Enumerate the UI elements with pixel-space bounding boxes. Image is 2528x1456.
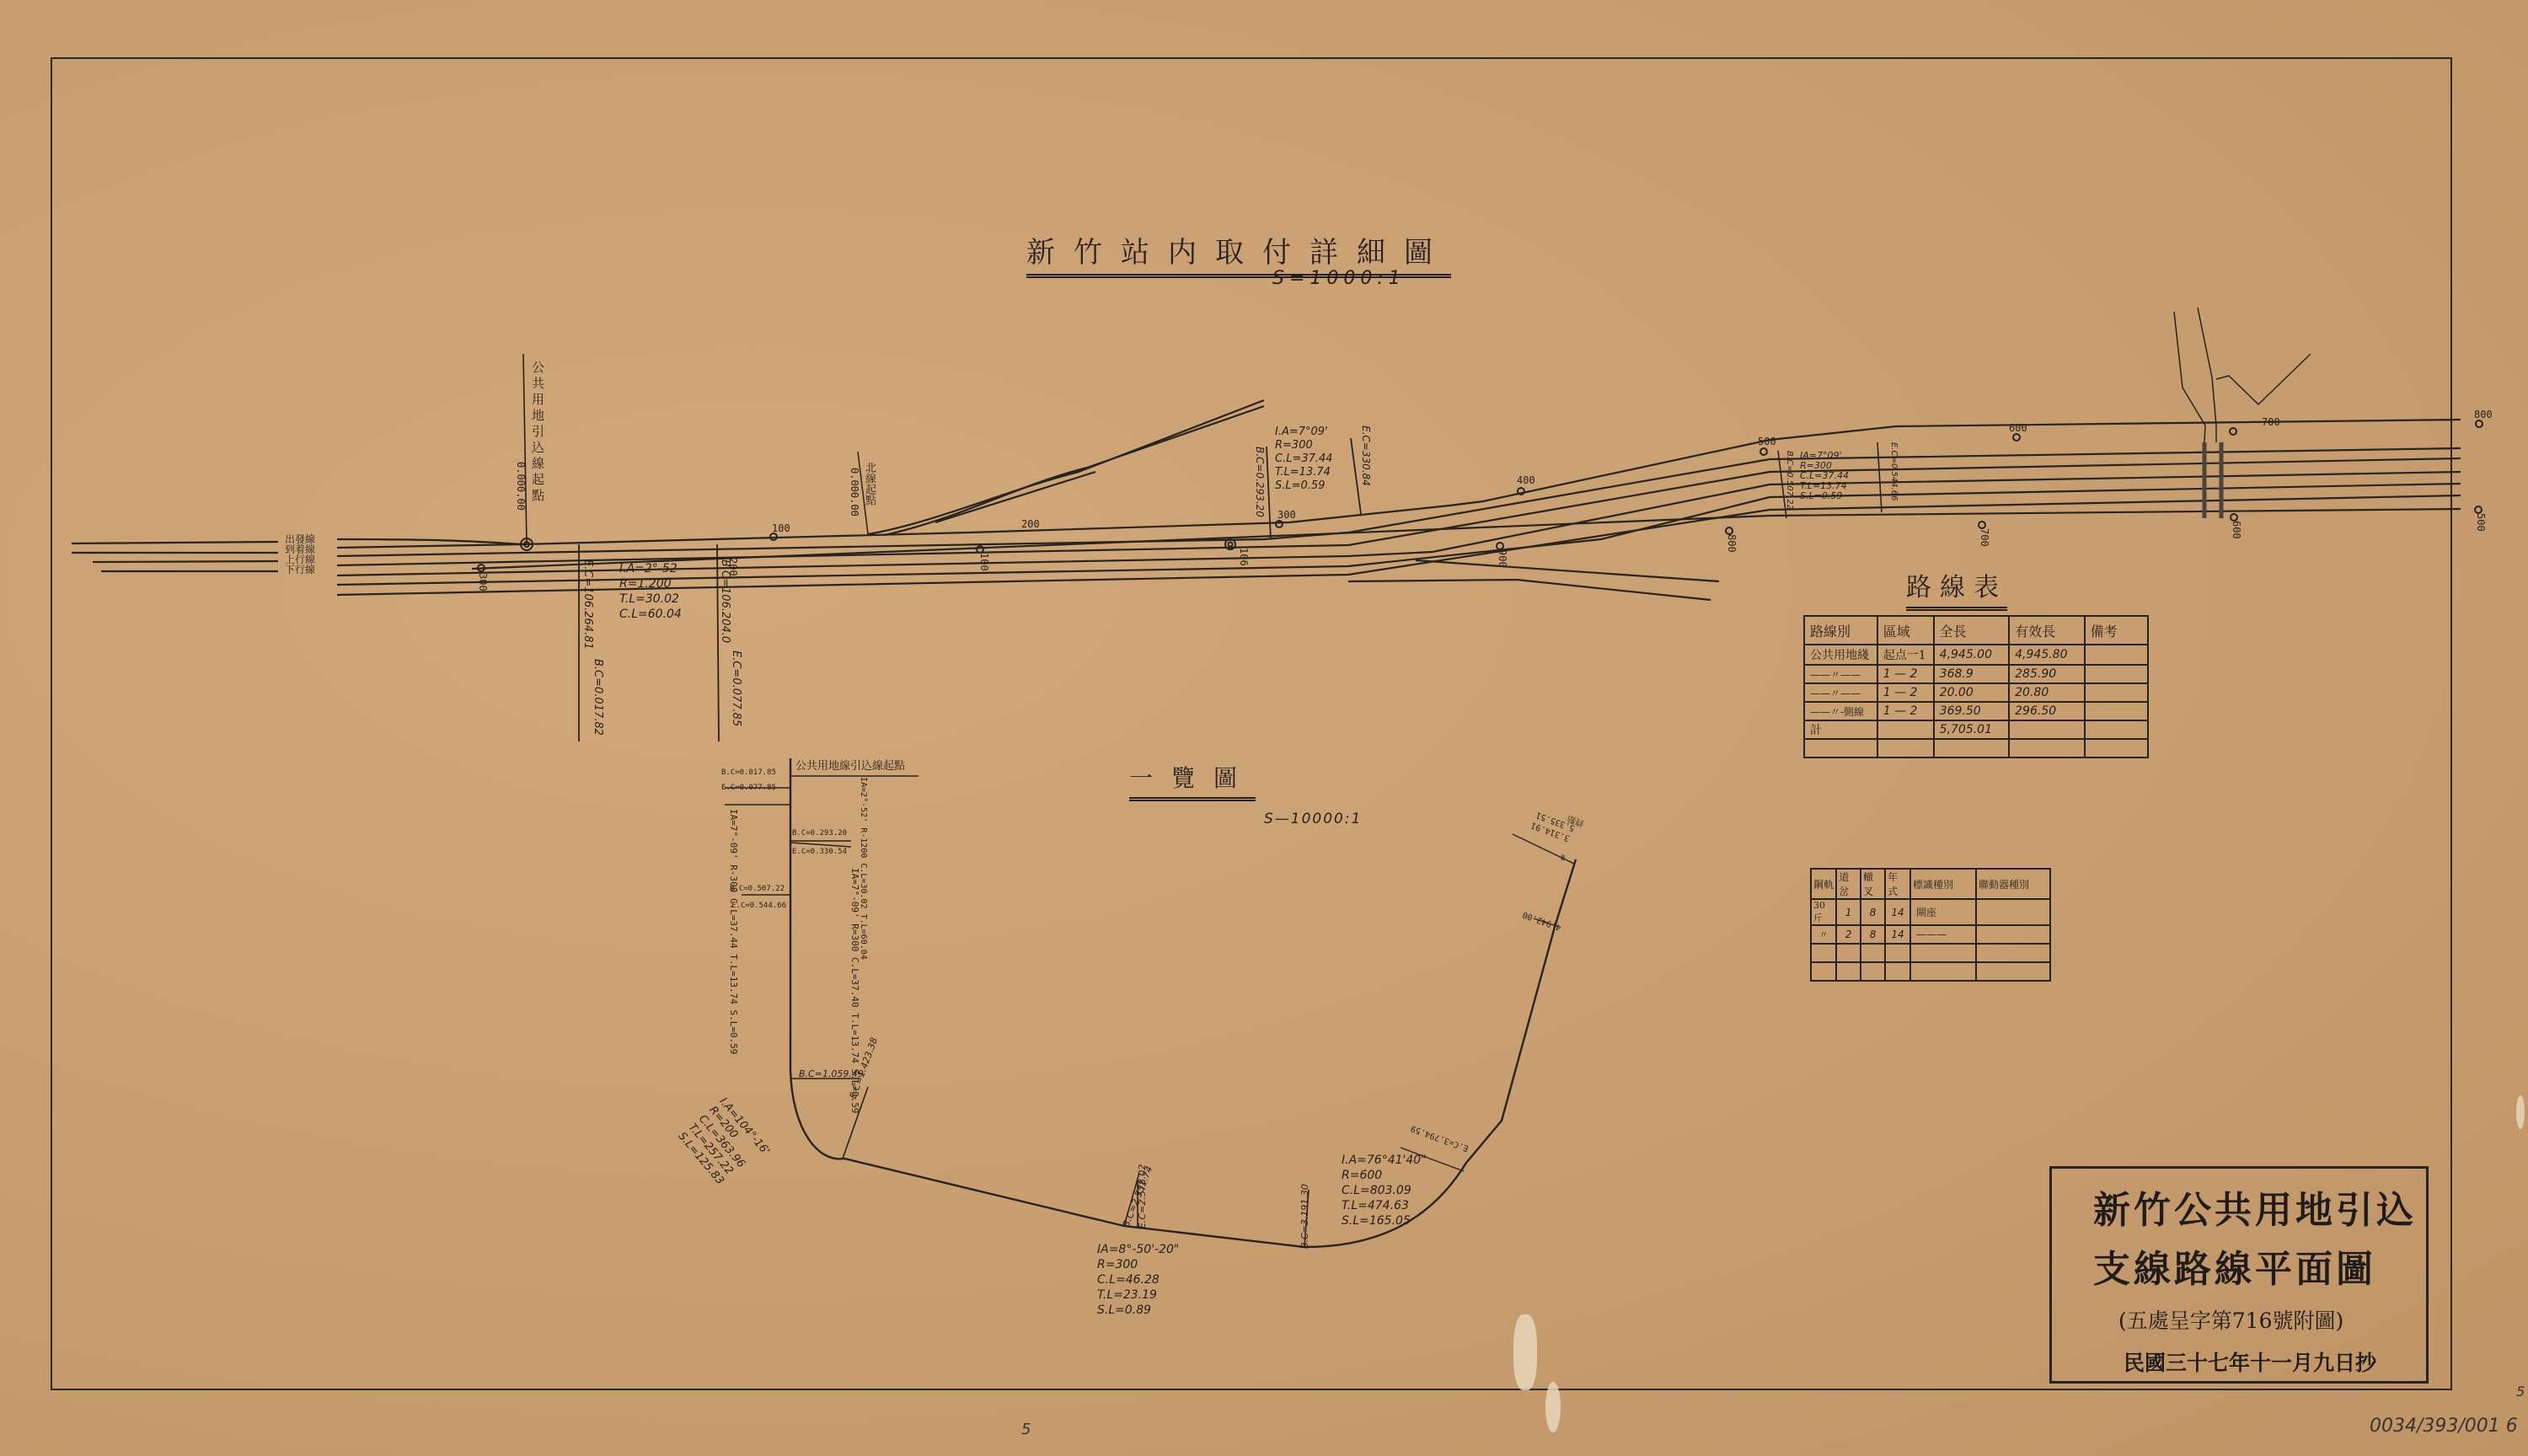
cell [2085,739,2148,757]
chainage-lower-900: 900 [1496,549,1508,568]
cell: 起点一1 [1877,645,1934,665]
curve-2-ia: I.A=7°09' [1275,426,1333,439]
cell [1877,720,1934,739]
cell: 5,705.01 [1934,720,2009,739]
cell: 20.00 [1934,683,2009,702]
header-interlock-type: 聯動器種別 [1976,869,2050,899]
cell [1976,944,2050,962]
curve-e-tl: T.L=23.19 [1097,1287,1179,1303]
title-reference: (五處呈字第716號附圖) [2118,1304,2343,1335]
overview-bc-top: B.C=0.017.85 [721,767,776,779]
table-row: 〃 2 8 14 ——— [1811,925,2050,944]
table-row: 30斤 1 8 14 閘座 [1811,899,2050,925]
overview-stop-marker: 8 [1561,853,1565,865]
curve-f-sl: S.L=165.05 [1342,1213,1427,1228]
curve-2-r: R=300 [1275,439,1333,452]
cell [1934,739,2009,757]
chainage-lower-600: 600 [2230,521,2242,539]
curve-2-sl: S.L=0.59 [1275,479,1333,493]
chainage-100: 100 [772,522,790,535]
margin-mark: 5 [1021,1421,1031,1438]
curve-1-cl: C.L=60.04 [619,607,682,622]
curve-2-bc: B.C=0.293.20 [1251,447,1269,517]
chainage-lower-700: 700 [1978,528,1990,547]
overview-scale: S—10000:1 [1264,811,1362,827]
curve-b-tl: T.L=13.74 [728,954,739,1004]
route-table-header: 路線別 區域 全長 有效長 備考 [1804,616,2148,645]
cell: ——〃—— [1804,683,1877,702]
header-effective-length: 有效長 [2009,616,2084,645]
header-section: 區域 [1877,616,1934,645]
curve-f-r: R=600 [1342,1168,1427,1183]
overview-curve-e: IA=8°-50'-20" R=300 C.L=46.28 T.L=23.19 … [1097,1242,1179,1318]
curve-e-ia: IA=8°-50'-20" [1097,1242,1179,1257]
cell: 4,945.80 [2009,645,2084,665]
cell: 1 — 2 [1877,665,1934,683]
curve-2-tl: T.L=13.74 [1275,466,1333,479]
curve-a-r: R-1200 [859,827,868,858]
chainage-800: 800 [2474,409,2493,421]
cell [1811,944,1836,962]
title-date: 民國三十七年十一月九日抄 [2124,1346,2376,1377]
curve-1-ec: E.C=106.264.81 [578,559,597,650]
curve-3-data: IA=7°09' R=300 C.L=37.44 T.L=13.74 S.L=0… [1800,451,1849,501]
curve-1-r: R=1.200 [619,576,682,591]
cell: 〃 [1811,925,1836,944]
overview-curve-f: I.A=76°41'40" R=600 C.L=803.09 T.L=474.6… [1342,1153,1427,1228]
cell: 14 [1885,899,1910,925]
start-point-label: 公共用地引込線起點 [529,361,547,505]
curve-c-r: R=300 [849,923,860,951]
cell [1910,962,1976,981]
curve-e-r: R=300 [1097,1257,1179,1272]
margin-mark: 5 [2516,1384,2525,1400]
table-row [1811,962,2050,981]
header-rail: 鋼軌 [1811,869,1836,899]
curve-f-tl: T.L=474.63 [1342,1198,1427,1213]
switch-table: 鋼軌 道岔 轍叉 年式 標識種別 聯動器種別 30斤 1 8 14 閘座 〃 2… [1810,868,2051,982]
curve-1-ia: I.A=2°-52 [619,561,682,576]
curve-1-bc-lower: B.C=0.017.82 [588,659,607,736]
cell [2085,645,2148,665]
header-remarks: 備考 [2085,616,2148,645]
cell: 14 [1885,925,1910,944]
cell: ——〃-側線 [1804,702,1877,720]
chainage-400: 400 [1517,474,1535,487]
detail-view-scale: S=1000:1 [1272,268,1406,289]
curve-3-bc: B.C=0.507.22 [1780,451,1798,510]
cell: 1 — 2 [1877,683,1934,702]
cell: 公共用地綫 [1804,645,1877,665]
curve-3-ec: E.C=0.544.66 [1884,442,1903,500]
cell [2085,683,2148,702]
chainage-300: 300 [1277,509,1296,522]
cell [2009,720,2084,739]
table-row: 公共用地綫 起点一1 4,945.00 4,945.80 [1804,645,2148,665]
curve-b-sl: S.L=0.59 [728,1009,739,1054]
table-row: 計 5,705.01 [1804,720,2148,739]
cell: ——〃—— [1804,665,1877,683]
archive-number: 0034/393/001 6 [2370,1416,2518,1437]
curve-f-ia: I.A=76°41'40" [1342,1153,1427,1168]
header-year-type: 年式 [1885,869,1910,899]
overview-ec-top: E.C=0.077.85 [721,782,776,795]
chainage-500: 500 [1758,436,1776,448]
curve-a-ia: IA=2°-52' [859,777,868,822]
chainage-lower-300: 300 [476,573,489,591]
cell [1877,739,1934,757]
legend-down-line: 下行線 [285,565,315,575]
header-route: 路線別 [1804,616,1877,645]
table-row [1804,739,2148,757]
start-point-chainage: 0.000.00 [514,462,527,511]
overview-ec-bottom-1: E.C=2.578.02 [1133,1164,1152,1228]
cell [1885,962,1910,981]
overview-bc-low: B.C=0.507.22 [730,883,785,896]
table-row [1811,944,2050,962]
cell: 閘座 [1910,899,1976,925]
curve-c-ia: IA=7°-09' [849,868,860,918]
curve-2-data: I.A=7°09' R=300 C.L=37.44 T.L=13.74 S.L=… [1275,426,1333,493]
header-sign-type: 標識種別 [1910,869,1976,899]
cell [1976,962,2050,981]
cell [1861,944,1885,962]
cell: 2 [1836,925,1861,944]
route-table: 路線別 區域 全長 有效長 備考 公共用地綫 起点一1 4,945.00 4,9… [1803,615,2149,758]
curve-e-cl: C.L=46.28 [1097,1272,1179,1287]
cell [1811,962,1836,981]
chainage-700: 700 [2262,416,2280,429]
cell [1885,944,1910,962]
overview-start-label: 公共用地線引込線起點 [795,757,905,773]
cell: ——— [1910,925,1976,944]
overview-curve-b: IA=7°-09' R-300 C.L=37.44 T.L=13.74 S.L=… [728,809,739,1054]
cell [1804,739,1877,757]
cell: 8 [1861,899,1885,925]
cell [2085,702,2148,720]
cell: 計 [1804,720,1877,739]
curve-3-sl: S.L=0.59 [1800,491,1849,501]
cell [2085,665,2148,683]
curve-1-data: I.A=2°-52 R=1.200 T.L=30.02 C.L=60.04 [619,561,682,622]
cell [2085,720,2148,739]
overview-bc-bottom-2: B.C=3.191.30 [1296,1184,1315,1249]
cell: 296.50 [2009,702,2084,720]
title-line-1: 新竹公共用地引込 [2093,1180,2417,1234]
cell: 4,945.00 [1934,645,2009,665]
curve-1-ec-lower: E.C=0.077.85 [726,650,745,726]
track-legend: 出發線 到着線 上行線 下行線 [285,534,315,575]
cell: 285.90 [2009,665,2084,683]
route-table-title: 路線表 [1906,566,2007,611]
curve-1-tl: T.L=30.02 [619,591,682,607]
cell [1976,925,2050,944]
cell [1910,944,1976,962]
cell: 30斤 [1811,899,1836,925]
cell [1836,944,1861,962]
table-row: ——〃—— 1 — 2 368.9 285.90 [1804,665,2148,683]
curve-c-cl: C.L=37.40 [849,957,860,1008]
curve-2-cl: C.L=37.44 [1275,452,1333,466]
table-row: ——〃—— 1 — 2 20.00 20.80 [1804,683,2148,702]
switch-table-header: 鋼軌 道岔 轍叉 年式 標識種別 聯動器種別 [1811,869,2050,899]
curve-f-cl: C.L=803.09 [1342,1183,1427,1198]
chainage-lower-500: 500 [2474,513,2487,532]
header-turnout: 道岔 [1836,869,1861,899]
title-line-2: 支線路線平面圖 [2093,1239,2376,1293]
chainage-600: 600 [2009,422,2027,435]
chainage-200: 200 [1021,518,1040,531]
cell: 1 [1836,899,1861,925]
chainage-lower-106: 106 [1237,548,1250,566]
cell [1861,962,1885,981]
cell [1976,899,2050,925]
cell: 368.9 [1934,665,2009,683]
chainage-lower-800: 800 [1725,534,1738,553]
chainage-lower-100: 100 [977,553,990,571]
cell: 20.80 [2009,683,2084,702]
table-row: ——〃-側線 1 — 2 369.50 296.50 [1804,702,2148,720]
overview-ec-low: E.C=0.544.66 [731,900,786,913]
north-line-start-label: 北線起點 [861,462,877,506]
header-total-length: 全長 [1934,616,2009,645]
overview-bc-mid: B.C=0.293.20 [792,827,847,840]
chainage-lower-200: 200 [726,558,739,576]
curve-e-sl: S.L=0.89 [1097,1303,1179,1318]
curve-b-ia: IA=7°-09' [728,809,739,859]
cell: 8 [1861,925,1885,944]
cell: 1 — 2 [1877,702,1934,720]
curve-2-ec: E.C=330.84 [1357,426,1375,486]
cell [1836,962,1861,981]
header-frog: 轍叉 [1861,869,1885,899]
overview-title: 一覽圖 [1129,760,1256,801]
cell: 369.50 [1934,702,2009,720]
cell [2009,739,2084,757]
overview-ec-mid: E.C=0.330.54 [792,846,847,859]
north-line-start-chainage: 0.000.00 [848,468,860,517]
